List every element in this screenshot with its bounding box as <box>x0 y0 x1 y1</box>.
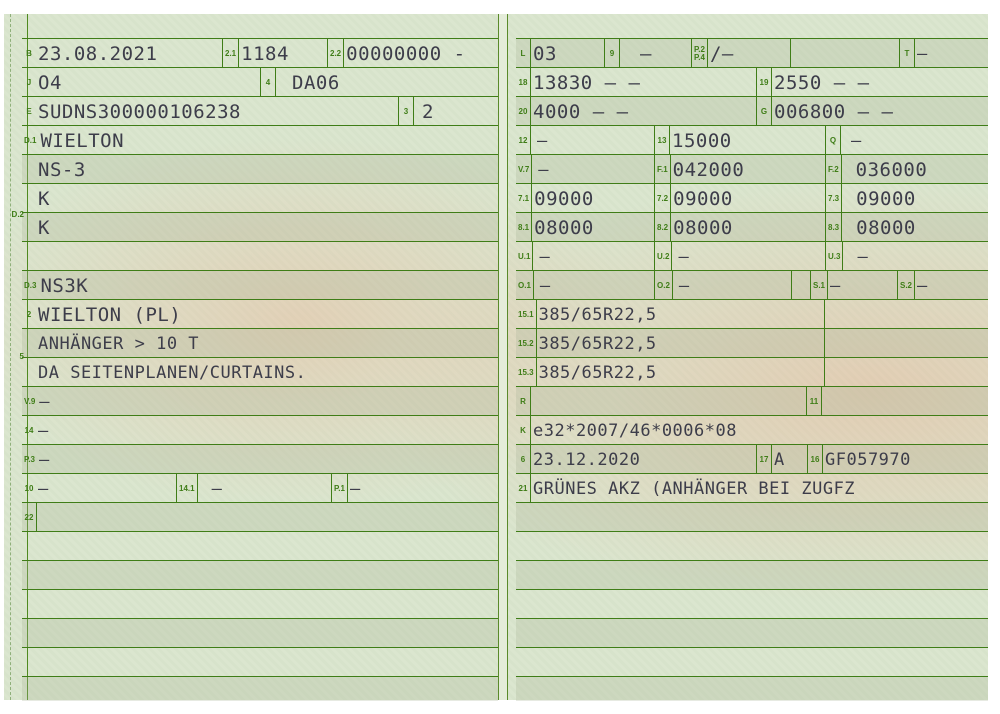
field-19-width: 2550 – – <box>772 72 870 94</box>
label-V9: V.9 <box>22 397 37 406</box>
remarks-line-5 <box>22 647 498 677</box>
label-7-3: 7.3 <box>826 184 842 213</box>
label-8-2: 8.2 <box>655 213 671 242</box>
field-V9-emission-class: – <box>37 392 50 412</box>
field-E-vin: SUDNS300000106238 <box>36 101 241 123</box>
row-D2-2: K <box>22 212 498 242</box>
registration-document: B 23.08.2021 2.1 1184 2.2 00000000 - J O… <box>4 14 988 700</box>
field-V7-co2: – <box>532 160 549 180</box>
row-12: 12 – 13 15000 Q – <box>516 125 988 155</box>
label-P3: P.3 <box>22 455 37 464</box>
label-P2-P4: P.2 P.4 <box>692 39 708 68</box>
row-20: 20 4000 – – G 006800 – – <box>516 96 988 126</box>
field-7-3-axle-load: 09000 <box>842 188 916 210</box>
label-E: E <box>22 107 36 116</box>
label-L: L <box>516 39 531 68</box>
field-6-approval-date: 23.12.2020 <box>531 450 640 470</box>
remarks-right-line-1 <box>516 502 988 532</box>
label-14-1: 14.1 <box>177 474 198 503</box>
row-15-2: 15.2 385/65R22,5 <box>516 328 988 358</box>
row-P3: P.3 – <box>22 444 498 474</box>
row-10: 10 – 14.1 – P.1 – <box>22 473 498 503</box>
label-10: 10 <box>22 484 36 493</box>
label-5: 5 <box>6 352 24 361</box>
label-2-2: 2.2 <box>328 39 344 68</box>
label-12: 12 <box>516 126 531 155</box>
row-B: B 23.08.2021 2.1 1184 2.2 00000000 - <box>22 38 498 68</box>
row-E: E SUDNS300000106238 3 2 <box>22 96 498 126</box>
label-8-1: 8.1 <box>516 213 532 242</box>
label-14: 14 <box>22 426 36 435</box>
field-T-max-speed: – <box>915 44 928 64</box>
label-S1: S.1 <box>811 271 828 300</box>
field-D2-line2: K <box>36 217 50 239</box>
field-P3-fuel: – <box>37 450 50 470</box>
label-19: 19 <box>757 68 772 97</box>
row-R: R 11 <box>516 386 988 416</box>
label-U2: U.2 <box>655 242 672 271</box>
row-L: L 03 9 – P.2 P.4 /– T – <box>516 38 988 68</box>
label-7-2: 7.2 <box>655 184 671 213</box>
field-15-3-tyres: 385/65R22,5 <box>537 363 657 383</box>
field-4-body-type: DA06 <box>276 72 340 94</box>
field-D3-trade-name: NS3K <box>38 275 88 297</box>
field-P2-P4: /– <box>708 43 734 65</box>
row-5-2: DA SEITENPLANEN/CURTAINS. <box>22 357 498 387</box>
remarks-line-3 <box>22 589 498 619</box>
label-K: K <box>516 416 531 445</box>
label-20: 20 <box>516 97 531 126</box>
field-14: – <box>36 421 49 441</box>
field-K-type-approval: e32*2007/46*0006*08 <box>531 421 737 441</box>
field-B-first-registration: 23.08.2021 <box>36 43 157 65</box>
remarks-right-line-7 <box>516 676 988 701</box>
label-O1: O.1 <box>516 271 534 300</box>
field-5-line1: ANHÄNGER > 10 T <box>36 334 199 354</box>
label-6: 6 <box>516 445 531 474</box>
field-14-1: – <box>198 479 223 499</box>
label-11: 11 <box>807 387 822 416</box>
field-G-mass: 006800 – – <box>772 101 893 123</box>
remarks-line-6 <box>22 676 498 701</box>
label-18: 18 <box>516 68 531 97</box>
label-Q: Q <box>826 126 841 155</box>
field-U2: – <box>672 247 689 267</box>
right-page: L 03 9 – P.2 P.4 /– T – 18 <box>506 14 988 700</box>
row-D2-1: K <box>22 183 498 213</box>
row-V7: V.7 – F.1 042000 F.2 036000 <box>516 154 988 184</box>
label-G: G <box>757 97 772 126</box>
label-S2: S.2 <box>898 271 915 300</box>
label-2-1: 2.1 <box>223 39 239 68</box>
label-P4: P.4 <box>694 54 705 62</box>
label-F2: F.2 <box>826 155 842 184</box>
field-O1: – <box>534 276 551 296</box>
field-18-length: 13830 – – <box>531 72 640 94</box>
label-8-3: 8.3 <box>826 213 842 242</box>
row-8: 8.1 08000 8.2 08000 8.3 08000 <box>516 212 988 242</box>
row-D1: D.1 WIELTON <box>22 125 498 155</box>
label-V7: V.7 <box>516 155 532 184</box>
field-D2-line1: K <box>36 188 50 210</box>
row-2: 2 WIELTON (PL) <box>22 299 498 329</box>
label-J: J <box>22 78 36 87</box>
row-5-1: ANHÄNGER > 10 T <box>22 328 498 358</box>
label-16: 16 <box>808 445 823 474</box>
field-P1-displacement: – <box>348 479 361 499</box>
label-U3: U.3 <box>826 242 843 271</box>
remarks-right-line-3 <box>516 560 988 590</box>
field-3-check-digit: 2 <box>414 101 434 123</box>
field-J-vehicle-class: O4 <box>36 72 62 94</box>
field-O2: – <box>673 276 690 296</box>
field-2-2: 00000000 - <box>344 43 465 65</box>
label-13: 13 <box>655 126 670 155</box>
row-21: 21 GRÜNES AKZ (ANHÄNGER BEI ZUGFZ <box>516 473 988 503</box>
label-U1: U.1 <box>516 242 533 271</box>
field-2-1: 1184 <box>239 43 289 65</box>
label-F1: F.1 <box>655 155 671 184</box>
label-D3: D.3 <box>22 281 38 290</box>
row-22: 22 <box>22 502 498 532</box>
field-5-line2: DA SEITENPLANEN/CURTAINS. <box>36 363 306 383</box>
field-8-1-axle-load: 08000 <box>532 217 594 239</box>
row-6: 6 23.12.2020 17 A 16 GF057970 <box>516 444 988 474</box>
label-21: 21 <box>516 474 531 503</box>
row-18: 18 13830 – – 19 2550 – – <box>516 67 988 97</box>
label-T: T <box>900 39 915 68</box>
label-15-1: 15.1 <box>516 300 537 329</box>
field-10: – <box>36 479 49 499</box>
field-9: – <box>620 43 652 65</box>
row-D3: D.3 NS3K <box>22 270 498 300</box>
field-8-3-axle-load: 08000 <box>842 217 916 239</box>
label-R: R <box>516 387 531 416</box>
remarks-right-line-4 <box>516 589 988 619</box>
field-S1-seats: – <box>828 276 841 296</box>
row-15-3: 15.3 385/65R22,5 <box>516 357 988 387</box>
field-F1-max-mass: 042000 <box>671 159 745 181</box>
label-2: 2 <box>22 310 36 319</box>
label-P1: P.1 <box>332 474 348 503</box>
row-J: J O4 4 DA06 <box>22 67 498 97</box>
field-Q: – <box>841 131 862 151</box>
field-15-1-tyres: 385/65R22,5 <box>537 305 657 325</box>
field-D1-make: WIELTON <box>38 130 124 152</box>
label-17: 17 <box>757 445 772 474</box>
field-D1-line2: NS-3 <box>36 159 86 181</box>
label-22: 22 <box>22 503 37 532</box>
label-15-2: 15.2 <box>516 329 537 358</box>
row-D1-line2: NS-3 <box>22 154 498 184</box>
remarks-line-4 <box>22 618 498 648</box>
remarks-line-1 <box>22 531 498 561</box>
label-7-1: 7.1 <box>516 184 532 213</box>
row-V9: V.9 – <box>22 386 498 416</box>
field-S2-standing: – <box>915 276 928 296</box>
field-U1: – <box>533 247 550 267</box>
field-15-2-tyres: 385/65R22,5 <box>537 334 657 354</box>
field-7-1-axle-load: 09000 <box>532 188 594 210</box>
row-O: O.1 – O.2 – S.1 – S.2 – <box>516 270 988 300</box>
field-21-remarks: GRÜNES AKZ (ANHÄNGER BEI ZUGFZ <box>531 479 855 499</box>
label-3: 3 <box>399 97 414 126</box>
label-D1: D.1 <box>22 136 38 145</box>
left-page: B 23.08.2021 2.1 1184 2.2 00000000 - J O… <box>4 14 498 700</box>
field-2-manufacturer: WIELTON (PL) <box>36 304 181 326</box>
row-D2-3 <box>22 241 498 271</box>
label-D2: D.2 <box>6 210 24 219</box>
remarks-right-line-5 <box>516 618 988 648</box>
field-20-height: 4000 – – <box>531 101 629 123</box>
remarks-right-line-6 <box>516 647 988 677</box>
row-14: 14 – <box>22 415 498 445</box>
field-L-axles: 03 <box>531 43 557 65</box>
field-12: – <box>531 131 548 151</box>
field-13-support-load: 15000 <box>670 130 732 152</box>
label-O2: O.2 <box>655 271 673 300</box>
field-17: A <box>772 450 785 470</box>
row-K: K e32*2007/46*0006*08 <box>516 415 988 445</box>
field-7-2-axle-load: 09000 <box>671 188 733 210</box>
label-4: 4 <box>261 68 276 97</box>
row-7: 7.1 09000 7.2 09000 7.3 09000 <box>516 183 988 213</box>
label-9: 9 <box>605 39 620 68</box>
remarks-line-2 <box>22 560 498 590</box>
label-15-3: 15.3 <box>516 358 537 387</box>
field-8-2-axle-load: 08000 <box>671 217 733 239</box>
remarks-right-line-2 <box>516 531 988 561</box>
row-15-1: 15.1 385/65R22,5 <box>516 299 988 329</box>
row-U: U.1 – U.2 – U.3 – <box>516 241 988 271</box>
field-U3: – <box>843 247 868 267</box>
field-16-document-number: GF057970 <box>823 450 911 470</box>
label-B: B <box>22 49 36 58</box>
field-F2-permitted-mass: 036000 <box>842 159 928 181</box>
